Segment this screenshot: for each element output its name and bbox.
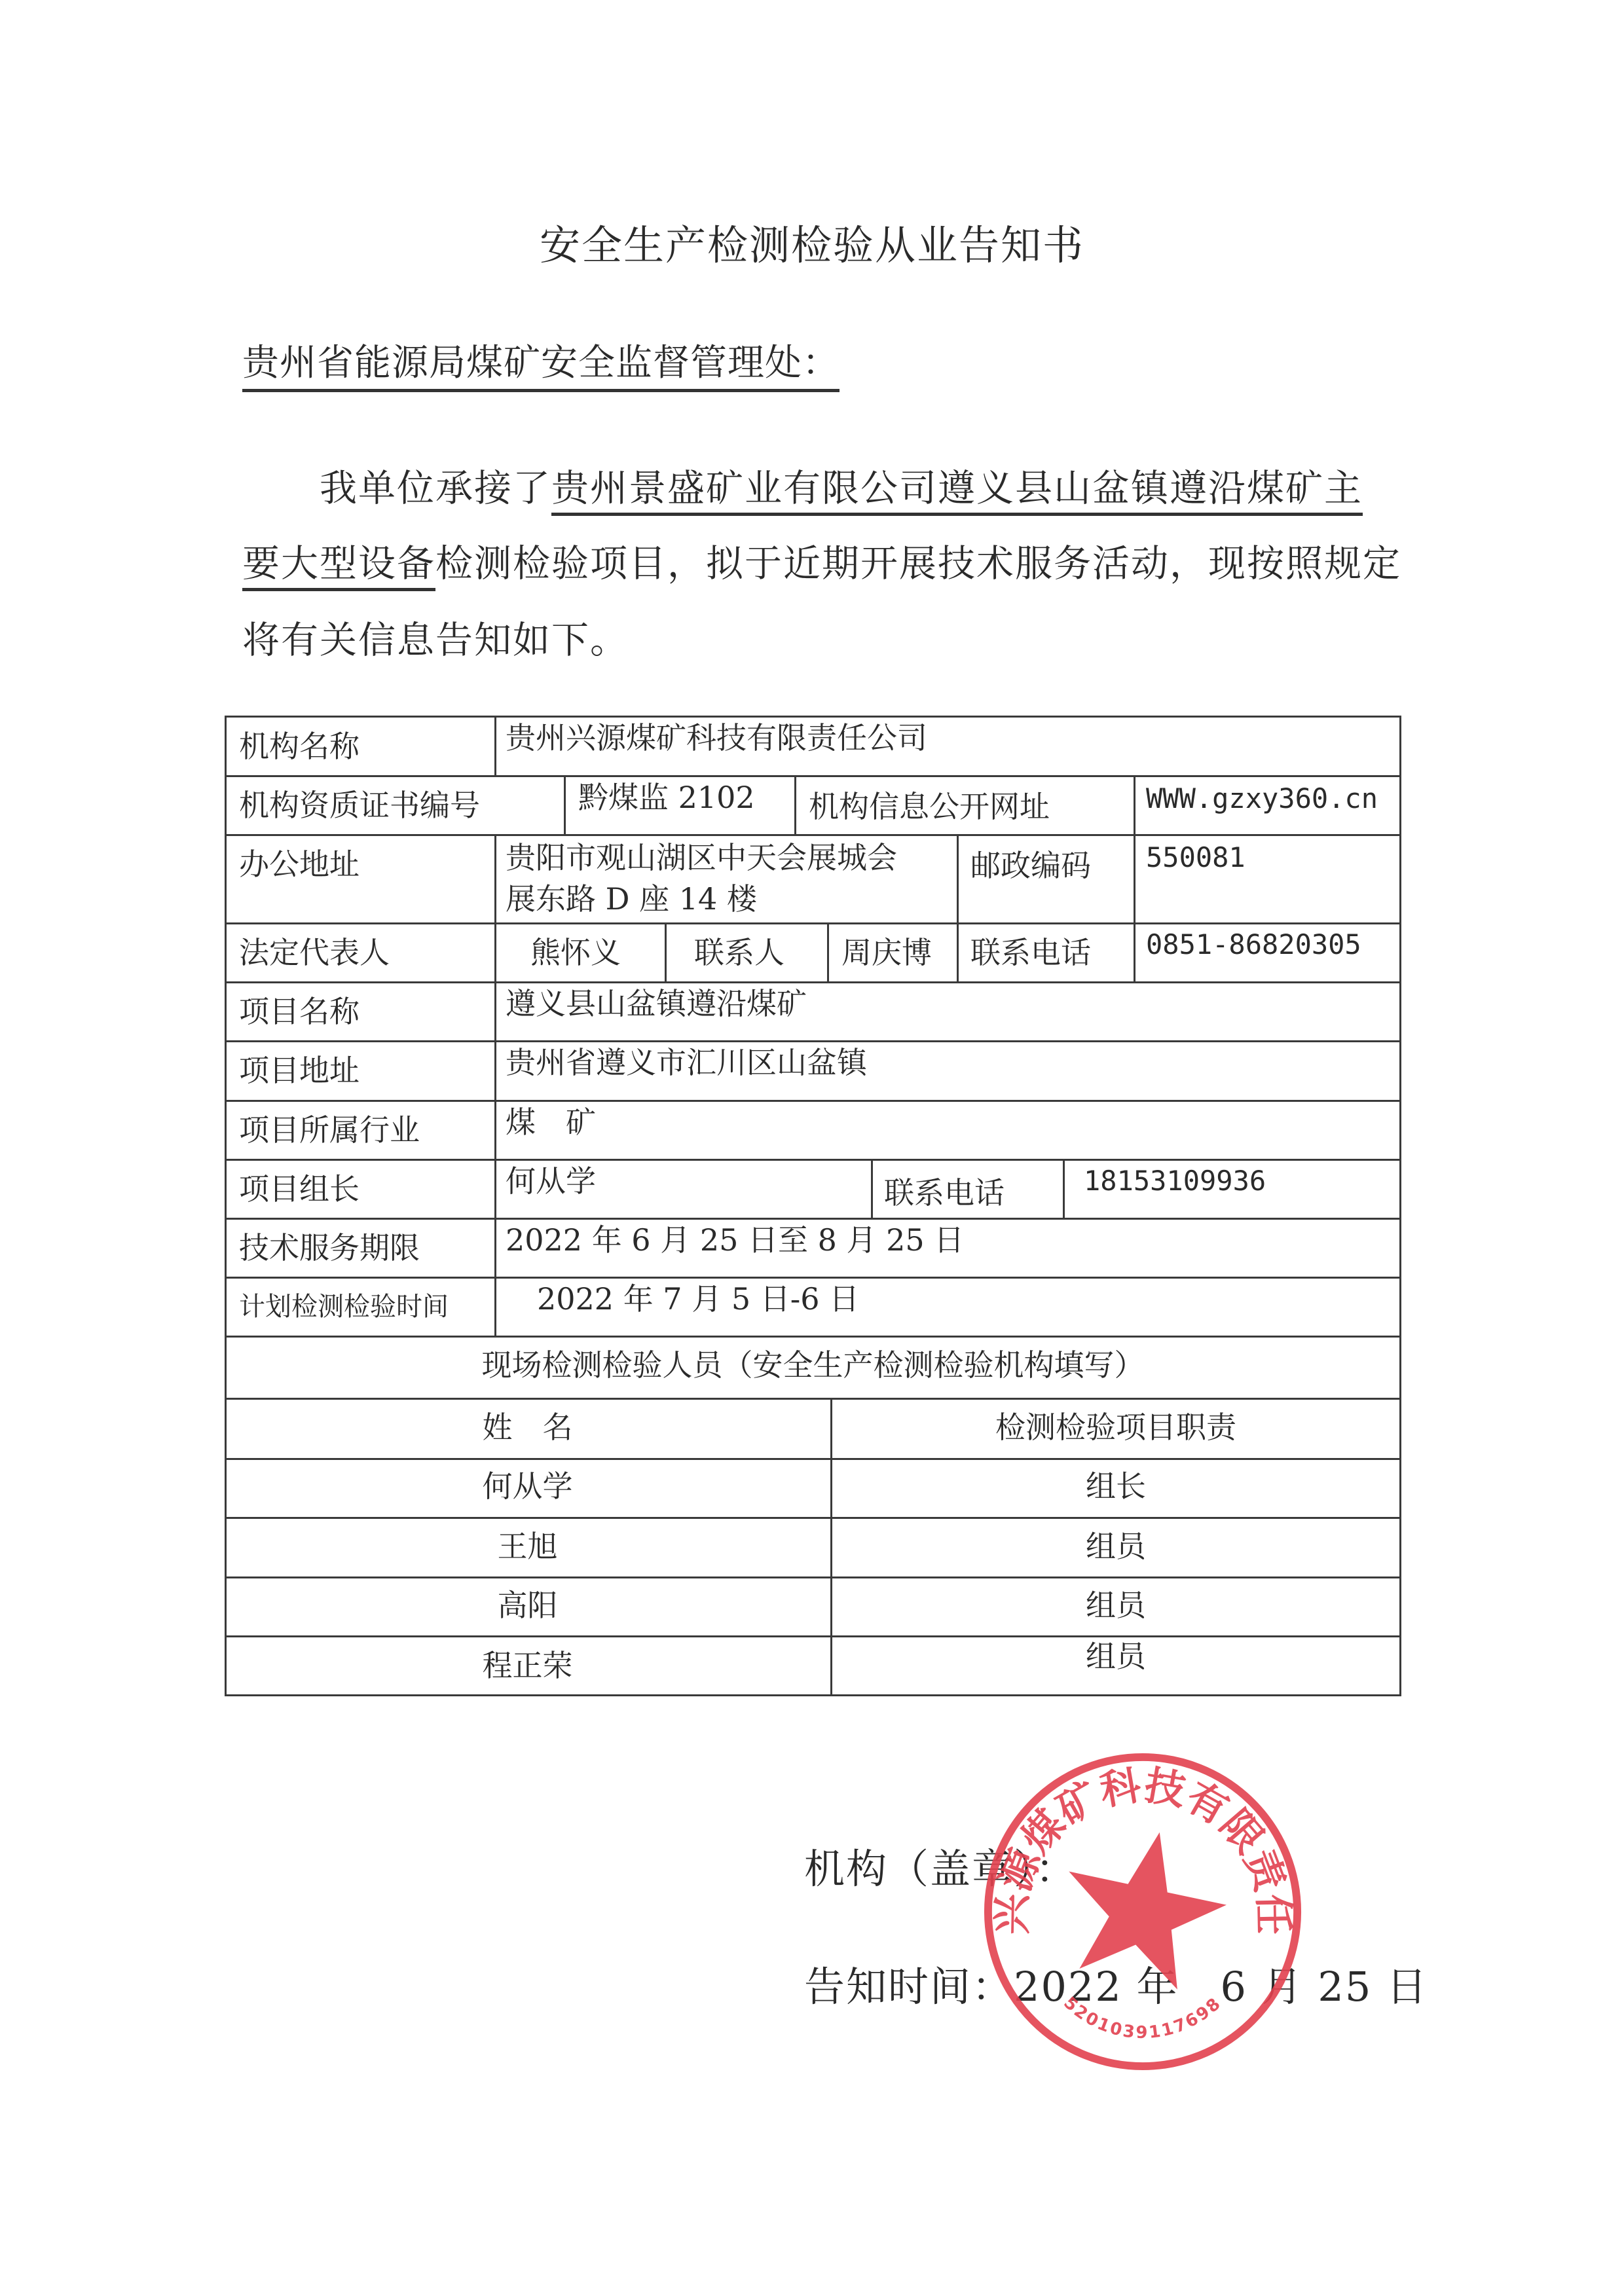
addressee: 贵州省能源局煤矿安全监督管理处： [242, 334, 840, 392]
legal-rep-label: 法定代表人 [239, 933, 390, 972]
service-period-label: 技术服务期限 [239, 1228, 420, 1267]
org-seal-label: 机构（盖章）： [804, 1836, 1077, 1895]
personnel-name: 何从学 [225, 1467, 830, 1506]
project-name-label: 项目名称 [239, 992, 360, 1031]
personnel-role: 组员 [830, 1586, 1401, 1625]
contact-label: 联系人 [694, 933, 784, 972]
company-seal-icon: 贵州兴源煤矿科技有限责任公司 5201039117698 [980, 1749, 1305, 2074]
personnel-role: 组长 [830, 1467, 1401, 1506]
postcode-label: 邮政编码 [970, 846, 1091, 885]
website-label: 机构信息公开网址 [809, 787, 1050, 826]
team-leader-value: 何从学 [506, 1161, 596, 1201]
industry-label: 项目所属行业 [239, 1110, 420, 1150]
personnel-header: 现场检测检验人员（安全生产检测检验机构填写） [225, 1345, 1401, 1385]
paragraph-line-1: 我单位承接了贵州景盛矿业有限公司遵义县山盆镇遵沿煤矿主 [320, 458, 1363, 512]
office-address-label: 办公地址 [239, 845, 360, 884]
org-name-value: 贵州兴源煤矿科技有限责任公司 [506, 718, 927, 757]
industry-value: 煤 矿 [506, 1102, 596, 1142]
office-address-line1: 贵阳市观山湖区中天会展城会 [506, 838, 897, 877]
project-name-underlined: 贵州景盛矿业有限公司遵义县山盆镇遵沿煤矿主 [551, 467, 1363, 516]
personnel-name: 高阳 [225, 1586, 830, 1625]
personnel-col-name: 姓 名 [225, 1408, 830, 1447]
planned-time-value: 2022 年 7 月 5 日-6 日 [537, 1279, 859, 1319]
personnel-col-role: 检测检验项目职责 [830, 1408, 1401, 1447]
document-title: 安全生产检测检验从业告知书 [0, 213, 1624, 271]
paragraph-line-3: 将有关信息告知如下。 [242, 610, 629, 664]
project-name-underlined-cont: 要大型设备 [242, 542, 435, 591]
notice-date-row: 告知时间：2022 年 6 月 25 日 [804, 1954, 1428, 2013]
office-address-line2: 展东路 D 座 14 楼 [506, 879, 757, 919]
contact-phone-value: 0851-86820305 [1146, 925, 1361, 964]
paragraph-prefix: 我单位承接了 [320, 467, 551, 510]
project-address-value: 贵州省遵义市汇川区山盆镇 [506, 1043, 867, 1082]
website-value: WWW.gzxy360.cn [1146, 779, 1378, 818]
personnel-role: 组员 [830, 1637, 1401, 1676]
contact-phone-label: 联系电话 [970, 933, 1091, 972]
notice-date-label: 告知时间： [804, 1963, 1014, 2011]
leader-phone-label: 联系电话 [884, 1173, 1005, 1212]
service-period-value: 2022 年 6 月 25 日至 8 月 25 日 [506, 1220, 964, 1260]
legal-rep-value: 熊怀义 [530, 933, 621, 972]
paragraph-line-2-text: 检测检验项目，拟于近期开展技术服务活动，现按照规定 [435, 542, 1401, 585]
notice-date: 2022 年 6 月 25 日 [1014, 1963, 1428, 2011]
cert-no-value: 黔煤监 2102 [578, 778, 755, 817]
personnel-name: 程正荣 [225, 1646, 830, 1685]
postcode-value: 550081 [1146, 838, 1246, 877]
planned-time-label: 计划检测检验时间 [239, 1287, 449, 1326]
leader-phone-value: 18153109936 [1084, 1161, 1266, 1201]
paragraph-line-2: 要大型设备检测检验项目，拟于近期开展技术服务活动，现按照规定 [242, 534, 1401, 587]
project-name-value: 遵义县山盆镇遵沿煤矿 [506, 984, 807, 1023]
contact-value: 周庆博 [841, 933, 932, 972]
team-leader-label: 项目组长 [239, 1169, 360, 1209]
personnel-role: 组员 [830, 1527, 1401, 1566]
project-address-label: 项目地址 [239, 1051, 360, 1090]
personnel-name: 王旭 [225, 1527, 830, 1566]
cert-no-label: 机构资质证书编号 [239, 786, 480, 825]
org-name-label: 机构名称 [239, 727, 360, 766]
